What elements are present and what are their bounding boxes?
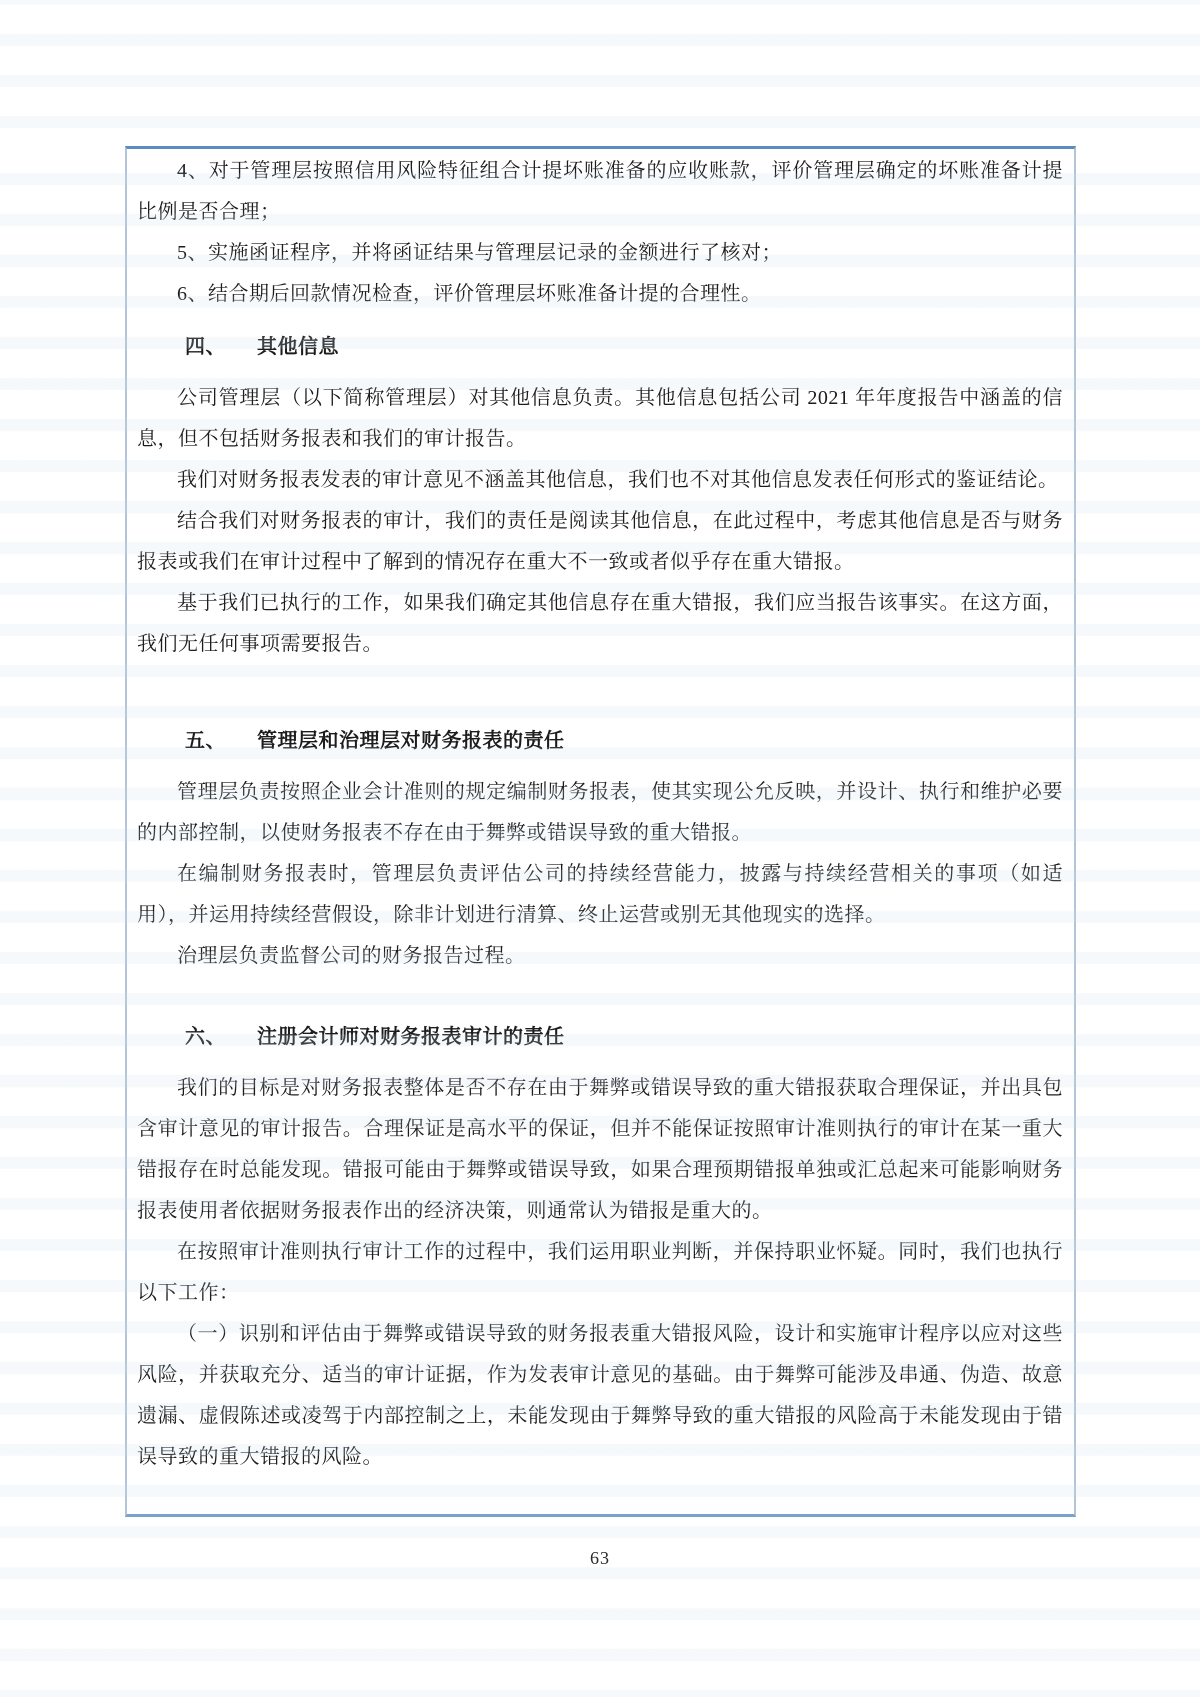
item-5: 5、实施函证程序，并将函证结果与管理层记录的金额进行了核对； — [137, 233, 1063, 274]
report-text-frame: 4、对于管理层按照信用风险特征组合计提坏账准备的应收账款，评价管理层确定的坏账准… — [125, 146, 1076, 1517]
heading-title: 其他信息 — [257, 336, 339, 358]
para-4-2: 我们对财务报表发表的审计意见不涵盖其他信息，我们也不对其他信息发表任何形式的鉴证… — [137, 460, 1063, 501]
heading-number: 五、 — [185, 730, 226, 752]
para-5-1: 管理层负责按照企业会计准则的规定编制财务报表，使其实现公允反映，并设计、执行和维… — [137, 772, 1063, 854]
para-4-1: 公司管理层（以下简称管理层）对其他信息负责。其他信息包括公司 2021 年年度报… — [137, 378, 1063, 460]
heading-title: 注册会计师对财务报表审计的责任 — [257, 1026, 565, 1048]
heading-6: 六、注册会计师对财务报表审计的责任 — [137, 1017, 1063, 1058]
heading-number: 四、 — [185, 336, 226, 358]
heading-4: 四、其他信息 — [137, 327, 1063, 368]
para-5-3: 治理层负责监督公司的财务报告过程。 — [137, 936, 1063, 977]
para-5-2: 在编制财务报表时，管理层负责评估公司的持续经营能力，披露与持续经营相关的事项（如… — [137, 854, 1063, 936]
heading-5: 五、管理层和治理层对财务报表的责任 — [137, 721, 1063, 762]
para-6-2: 在按照审计准则执行审计工作的过程中，我们运用职业判断，并保持职业怀疑。同时，我们… — [137, 1232, 1063, 1314]
page-number: 63 — [0, 1548, 1200, 1569]
item-6: 6、结合期后回款情况检查，评价管理层坏账准备计提的合理性。 — [137, 274, 1063, 315]
para-4-4: 基于我们已执行的工作，如果我们确定其他信息存在重大错报，我们应当报告该事实。在这… — [137, 583, 1063, 665]
para-4-3: 结合我们对财务报表的审计，我们的责任是阅读其他信息，在此过程中，考虑其他信息是否… — [137, 501, 1063, 583]
heading-title: 管理层和治理层对财务报表的责任 — [257, 730, 565, 752]
para-6-3: （一）识别和评估由于舞弊或错误导致的财务报表重大错报风险，设计和实施审计程序以应… — [137, 1314, 1063, 1478]
item-4: 4、对于管理层按照信用风险特征组合计提坏账准备的应收账款，评价管理层确定的坏账准… — [137, 151, 1063, 233]
para-6-1: 我们的目标是对财务报表整体是否不存在由于舞弊或错误导致的重大错报获取合理保证，并… — [137, 1068, 1063, 1232]
document-page: { "document": { "page_number": "63", "bl… — [0, 0, 1200, 1697]
heading-number: 六、 — [185, 1026, 226, 1048]
